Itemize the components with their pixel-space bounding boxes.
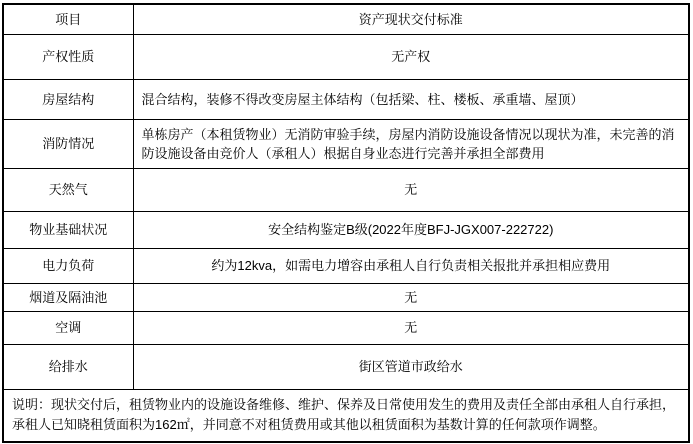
fire-safety-label: 消防情况 bbox=[3, 119, 133, 168]
ownership-nature-value: 无产权 bbox=[133, 34, 689, 79]
item-header-label: 项目 bbox=[3, 4, 133, 34]
item-header-value: 资产现状交付标准 bbox=[133, 4, 689, 34]
water-supply-drainage-value: 街区管道市政给水 bbox=[133, 344, 689, 389]
row-air-conditioning: 空调 无 bbox=[3, 311, 689, 344]
building-structure-value: 混合结构，装修不得改变房屋主体结构（包括梁、柱、楼板、承重墙、屋顶） bbox=[133, 79, 689, 119]
property-basic-condition-label: 物业基础状况 bbox=[3, 211, 133, 248]
ownership-nature-label: 产权性质 bbox=[3, 34, 133, 79]
row-flue-grease-trap: 烟道及隔油池 无 bbox=[3, 283, 689, 311]
natural-gas-value: 无 bbox=[133, 168, 689, 211]
row-item-header: 项目 资产现状交付标准 bbox=[3, 4, 689, 34]
property-basic-condition-value: 安全结构鉴定B级(2022年度BFJ-JGX007-222722) bbox=[133, 211, 689, 248]
water-supply-drainage-label: 给排水 bbox=[3, 344, 133, 389]
row-property-basic-condition: 物业基础状况 安全结构鉴定B级(2022年度BFJ-JGX007-222722) bbox=[3, 211, 689, 248]
row-power-load: 电力负荷 约为12kva，如需电力增容由承租人自行负责相关报批并承担相应费用 bbox=[3, 248, 689, 283]
air-conditioning-value: 无 bbox=[133, 311, 689, 344]
asset-delivery-standard-table: 项目 资产现状交付标准 产权性质 无产权 房屋结构 混合结构，装修不得改变房屋主… bbox=[2, 3, 690, 443]
note-text: 说明：现状交付后，租赁物业内的设施设备维修、维护、保养及日常使用发生的费用及责任… bbox=[3, 389, 689, 442]
row-natural-gas: 天然气 无 bbox=[3, 168, 689, 211]
flue-grease-trap-value: 无 bbox=[133, 283, 689, 311]
power-load-label: 电力负荷 bbox=[3, 248, 133, 283]
building-structure-label: 房屋结构 bbox=[3, 79, 133, 119]
flue-grease-trap-label: 烟道及隔油池 bbox=[3, 283, 133, 311]
row-building-structure: 房屋结构 混合结构，装修不得改变房屋主体结构（包括梁、柱、楼板、承重墙、屋顶） bbox=[3, 79, 689, 119]
row-fire-safety: 消防情况 单栋房产（本租赁物业）无消防审验手续，房屋内消防设施设备情况以现状为准… bbox=[3, 119, 689, 168]
natural-gas-label: 天然气 bbox=[3, 168, 133, 211]
fire-safety-value: 单栋房产（本租赁物业）无消防审验手续，房屋内消防设施设备情况以现状为准，未完善的… bbox=[133, 119, 689, 168]
power-load-value: 约为12kva，如需电力增容由承租人自行负责相关报批并承担相应费用 bbox=[133, 248, 689, 283]
row-water-supply-drainage: 给排水 街区管道市政给水 bbox=[3, 344, 689, 389]
row-note: 说明：现状交付后，租赁物业内的设施设备维修、维护、保养及日常使用发生的费用及责任… bbox=[3, 389, 689, 442]
air-conditioning-label: 空调 bbox=[3, 311, 133, 344]
row-ownership-nature: 产权性质 无产权 bbox=[3, 34, 689, 79]
